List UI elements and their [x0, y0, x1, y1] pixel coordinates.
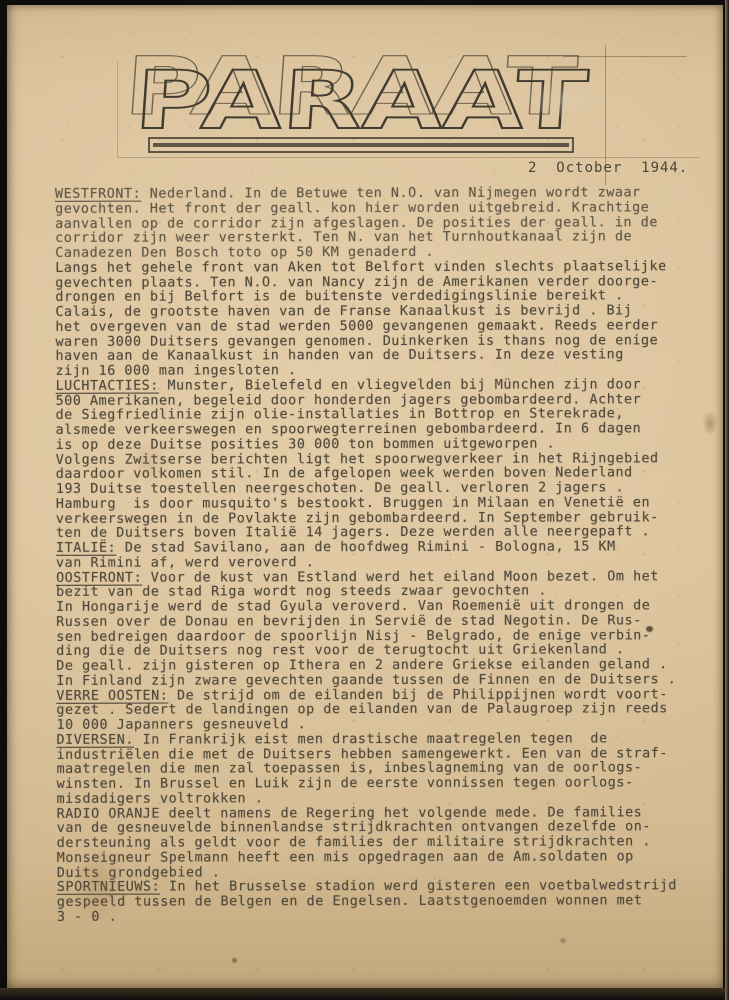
article-paragraph: SPORTNIEUWS: In het Brusselse stadion we… [57, 879, 705, 925]
article-body: Nederland. In de Betuwe ten N.O. van Nij… [55, 185, 658, 261]
article-body: Volgens Zwitserse berichten ligt het spo… [56, 451, 659, 541]
article-paragraph: Volgens Zwitserse berichten ligt het spo… [56, 452, 704, 542]
article-body: In Hongarije werd de stad Gyula veroverd… [56, 598, 676, 688]
article-heading: WESTFRONT: [55, 187, 141, 202]
article-paragraph: WESTFRONT: Nederland. In de Betuwe ten N… [55, 186, 703, 261]
article-heading: SPORTNIEUWS: [57, 880, 160, 895]
article-body: Voor de kust van Estland werd het eiland… [56, 569, 659, 600]
article-heading: DIVERSEN. [56, 732, 134, 747]
articles: WESTFRONT: Nederland. In de Betuwe ten N… [55, 186, 705, 925]
article-paragraph: In Hongarije werd de stad Gyula veroverd… [56, 599, 704, 689]
scan-edge-left [0, 0, 7, 1000]
article-paragraph: DIVERSEN. In Frankrijk eist men drastisc… [56, 732, 704, 807]
article-paragraph: Langs het gehele front van Aken tot Belf… [55, 260, 703, 380]
article-heading: VERRE OOSTEN: [56, 688, 168, 703]
article-body: In Frankrijk eist men drastische maatreg… [57, 731, 668, 806]
scan-edge-bottom [0, 988, 729, 1000]
article-heading: ITALIË: [56, 541, 116, 556]
scan-edge-right [725, 0, 729, 1000]
scan-edge-top [0, 0, 729, 5]
article-paragraph: RADIO ORANJE deelt namens de Regering he… [57, 806, 705, 881]
masthead-logo: PARAAT PARAAT [103, 46, 619, 162]
article-paragraph: ITALIË: De stad Savilano, aan de hoofdwe… [56, 540, 704, 571]
article-heading: LUCHTACTIES: [56, 378, 159, 393]
article-paragraph: OOSTFRONT: Voor de kust van Estland werd… [56, 570, 704, 601]
article-heading: RADIO ORANJE [57, 806, 160, 821]
article-body: De stad Savilano, aan de hoofdweg Rimini… [56, 539, 616, 570]
article-heading: OOSTFRONT: [56, 570, 142, 585]
article-paragraph: VERRE OOSTEN: De strijd om de eilanden b… [56, 688, 704, 734]
article-body: Langs het gehele front van Aken tot Belf… [55, 259, 666, 379]
logo-text: PARAAT [132, 54, 591, 147]
article-paragraph: LUCHTACTIES: Munster, Bielefeld en vlieg… [56, 378, 704, 453]
issue-date: 2 October 1944. [528, 160, 688, 176]
